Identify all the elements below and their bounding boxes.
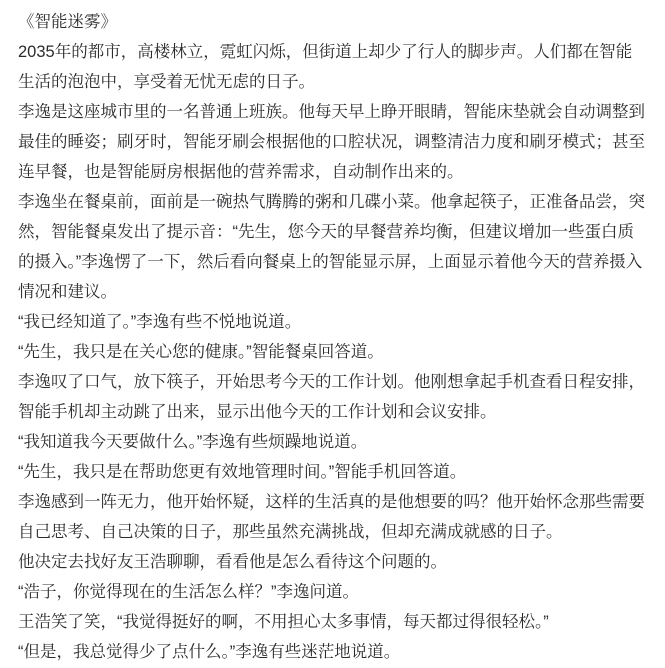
story-paragraph: “我已经知道了。”李逸有些不悦地说道。 [18, 307, 647, 337]
story-paragraph: 王浩笑了笑，“我觉得挺好的啊，不用担心太多事情，每天都过得很轻松。” [18, 607, 647, 637]
story-paragraph: “我知道我今天要做什么。”李逸有些烦躁地说道。 [18, 427, 647, 457]
story-paragraph: 李逸是这座城市里的一名普通上班族。他每天早上睁开眼睛，智能床垫就会自动调整到最佳… [18, 97, 647, 187]
story-paragraph: 李逸叹了口气，放下筷子，开始思考今天的工作计划。他刚想拿起手机查看日程安排，智能… [18, 367, 647, 427]
story-paragraph: “先生，我只是在关心您的健康。”智能餐桌回答道。 [18, 337, 647, 367]
story-paragraph: 2035年的都市，高楼林立，霓虹闪烁，但街道上却少了行人的脚步声。人们都在智能生… [18, 37, 647, 97]
story-paragraph: “浩子，你觉得现在的生活怎么样？”李逸问道。 [18, 577, 647, 607]
document-page: 《智能迷雾》 2035年的都市，高楼林立，霓虹闪烁，但街道上却少了行人的脚步声。… [0, 0, 665, 668]
story-paragraph: 李逸感到一阵无力，他开始怀疑，这样的生活真的是他想要的吗？他开始怀念那些需要自己… [18, 487, 647, 547]
story-paragraph: “但是，我总觉得少了点什么。”李逸有些迷茫地说道。 [18, 637, 647, 667]
story-paragraph: “先生，我只是在帮助您更有效地管理时间。”智能手机回答道。 [18, 457, 647, 487]
story-title: 《智能迷雾》 [18, 7, 647, 37]
story-paragraph: 李逸坐在餐桌前，面前是一碗热气腾腾的粥和几碟小菜。他拿起筷子，正准备品尝，突然，… [18, 187, 647, 307]
story-paragraph: 他决定去找好友王浩聊聊，看看他是怎么看待这个问题的。 [18, 547, 647, 577]
